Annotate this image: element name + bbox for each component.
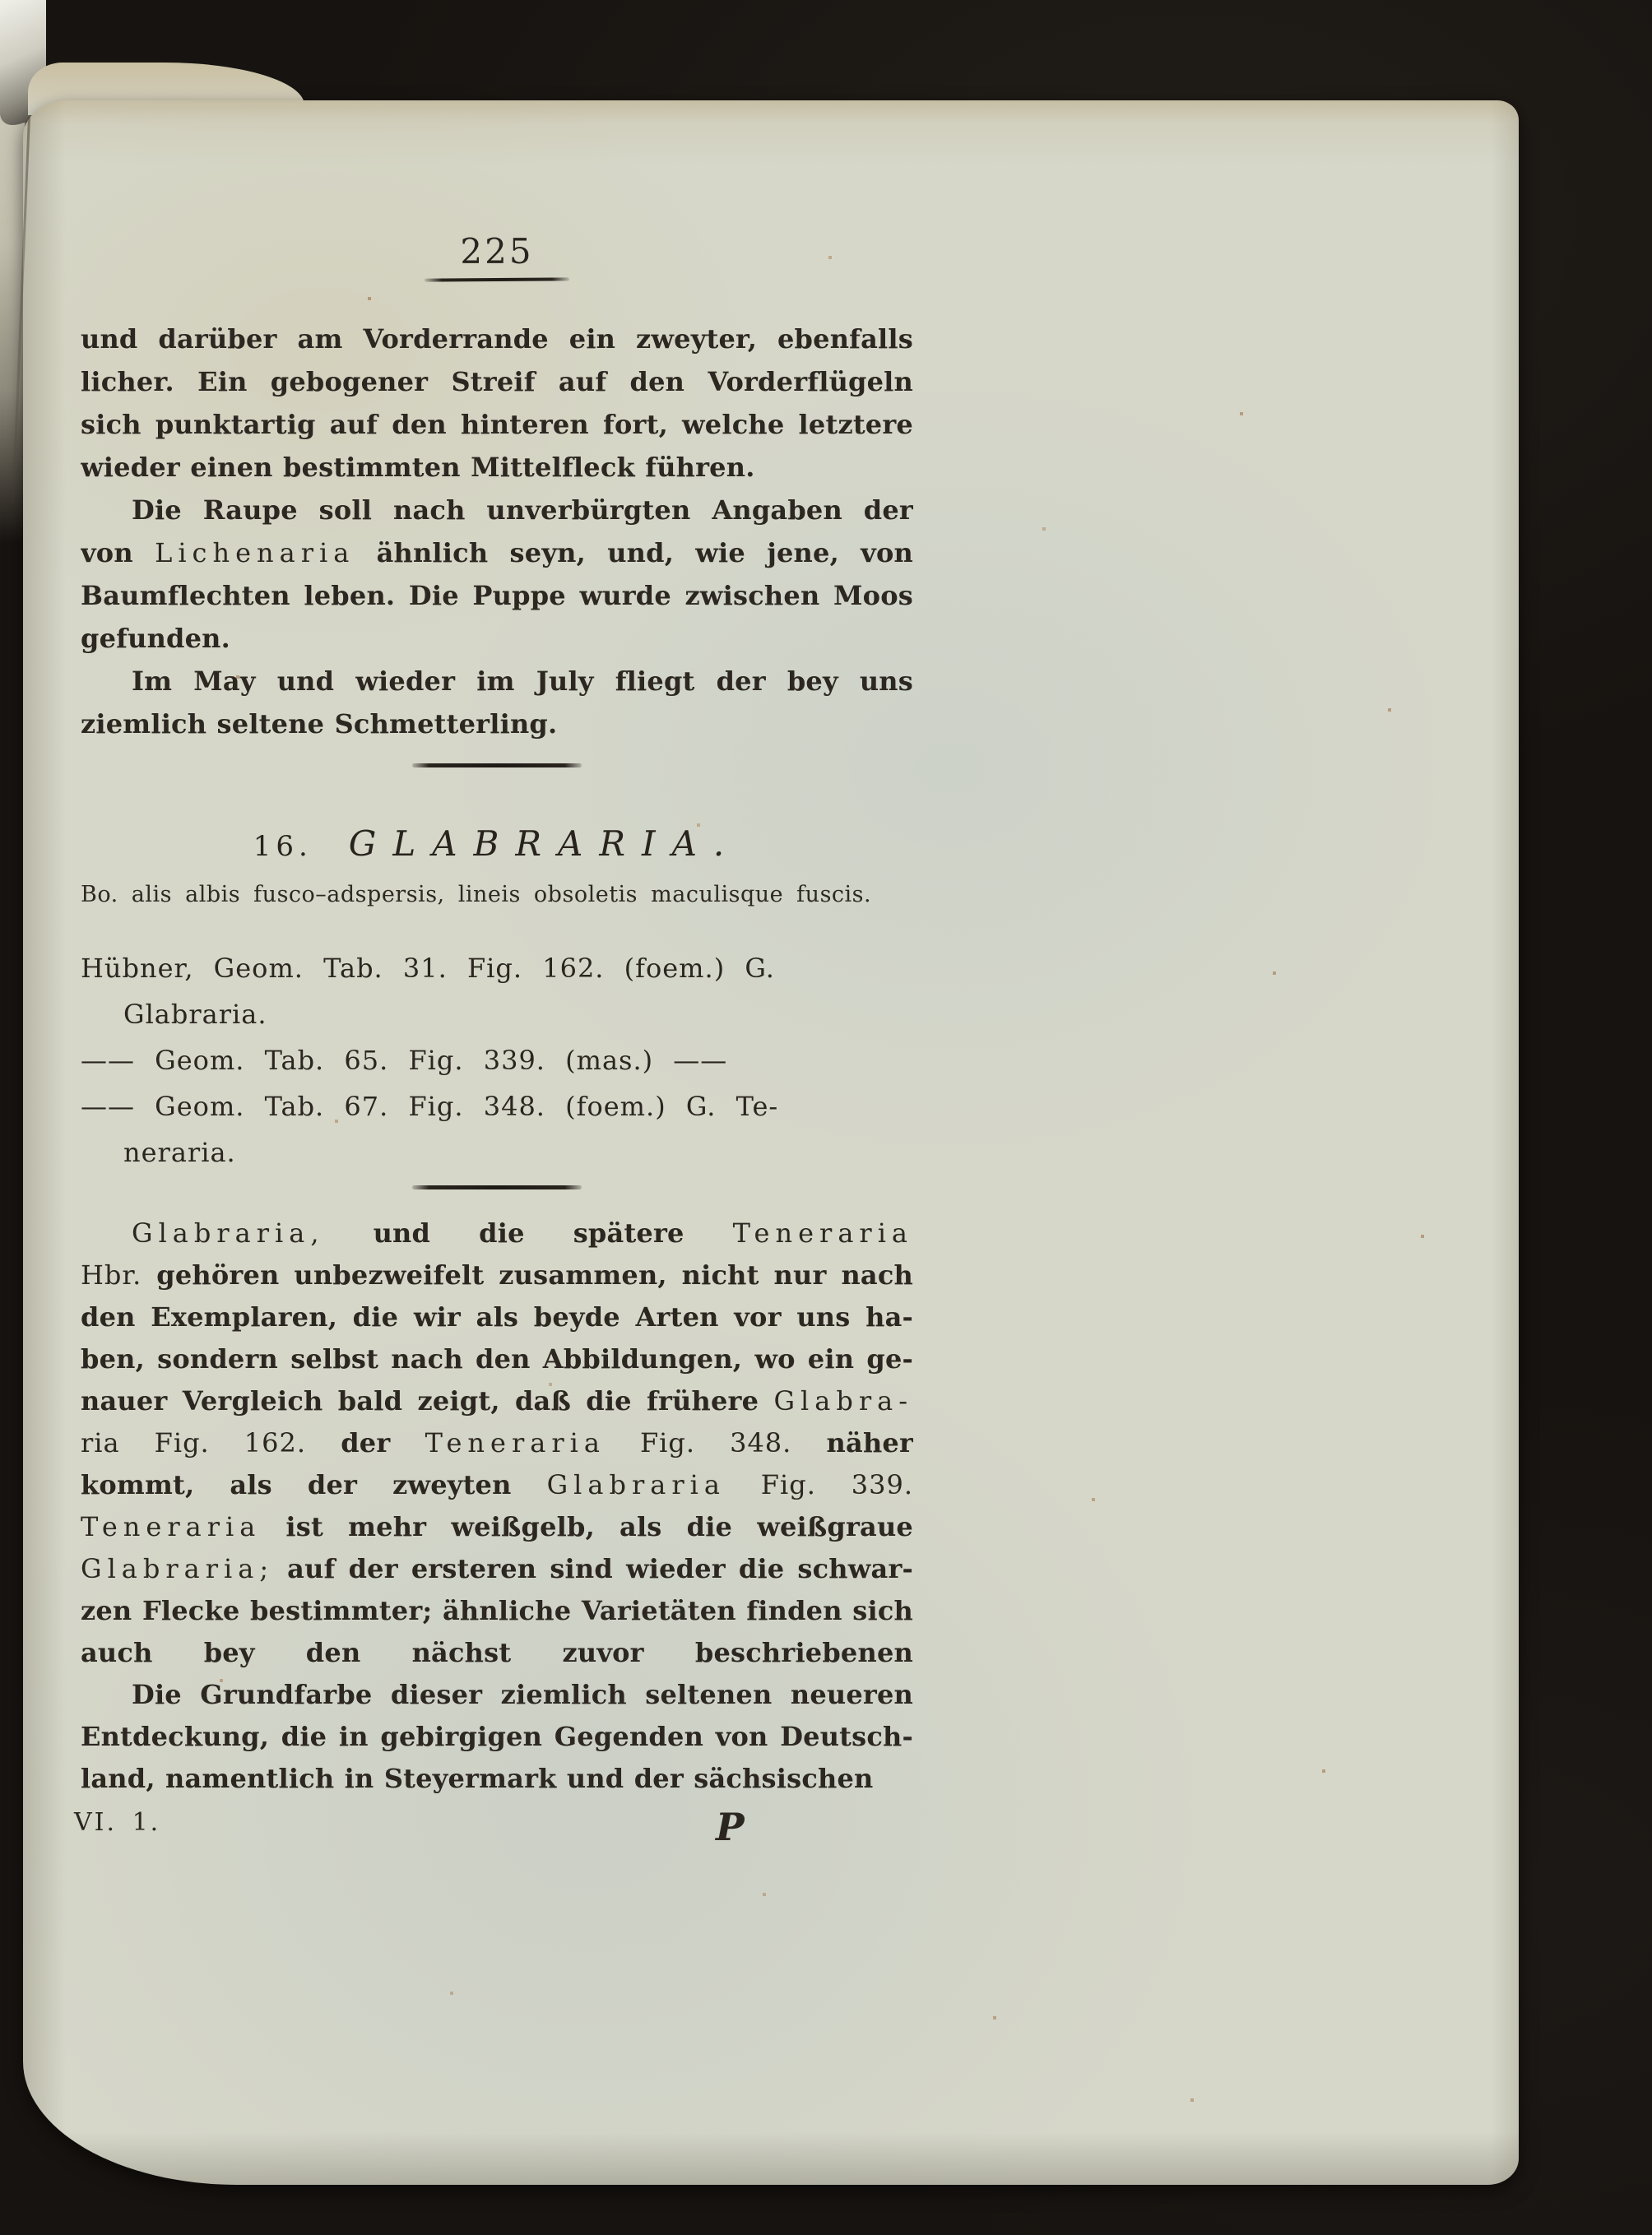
text-segment: Hbr. (81, 1259, 142, 1291)
page-number: 225 (460, 233, 533, 271)
text-segment: Glabra- (773, 1385, 913, 1417)
text-segment: Fig. 339. (726, 1469, 913, 1500)
text-line: und darüber am Vorderrande ein zweyter, … (81, 318, 913, 360)
paragraph: Glabraria, und die spätere TenerariaHbr.… (81, 1213, 913, 1674)
reference-line: Hübner, Geom. Tab. 31. Fig. 162. (foem.)… (81, 945, 913, 991)
reference-line: neraria. (81, 1129, 913, 1175)
species-title: GLABRARIA. (349, 823, 741, 864)
text-line: kommt, als der zweyten Glabraria Fig. 33… (81, 1464, 913, 1506)
signature-mark: P (716, 1805, 745, 1849)
text-line: ziemlich seltene Schmetterling. (81, 702, 913, 745)
text-segment: näher (791, 1427, 913, 1458)
reference-line: Glabraria. (81, 991, 913, 1037)
text-segment: Glabraria; (81, 1553, 274, 1584)
text-segment: Glabraria (547, 1469, 726, 1500)
text-line: ben, sondern selbst nach den Abbildungen… (81, 1338, 913, 1380)
reference-line: —— Geom. Tab. 65. Fig. 339. (mas.) —— (81, 1037, 913, 1083)
text-segment: ist mehr weißgelb, als die weißgraue (261, 1511, 913, 1542)
text-segment: Teneraria (425, 1427, 606, 1458)
text-segment: von (81, 537, 155, 568)
text-segment: und die spätere (325, 1217, 733, 1249)
page-header: 225 (81, 233, 913, 281)
text-line: zen Flecke bestimmter; ähnliche Varietät… (81, 1590, 913, 1632)
text-segment: Fig. 348. (606, 1427, 791, 1458)
text-line: Entdeckung, die in gebirgigen Gegenden v… (81, 1716, 913, 1758)
volume-mark: VI. 1. (74, 1808, 160, 1837)
text-segment: ähnlich seyn, und, wie jene, von (355, 537, 913, 568)
text-line: Glabraria, und die spätere Teneraria (81, 1213, 913, 1254)
species-number: 16. (253, 830, 313, 863)
text-line: Teneraria ist mehr weißgelb, als die wei… (81, 1506, 913, 1548)
text-line: land, namentlich in Steyermark und der s… (81, 1758, 913, 1800)
running-text-body: Glabraria, und die spätere TenerariaHbr.… (81, 1213, 913, 1800)
section-divider-bottom (412, 1185, 582, 1189)
text-column: 225 und darüber am Vorderrande ein zweyt… (81, 233, 913, 1800)
page-number-rule (425, 277, 569, 281)
paragraph: und darüber am Vorderrande ein zweyter, … (81, 318, 913, 489)
text-line: von Lichenaria ähnlich seyn, und, wie je… (81, 531, 913, 574)
section-divider-top (412, 763, 582, 767)
paper-specks (23, 100, 25, 102)
text-line: ria Fig. 162. der Teneraria Fig. 348. nä… (81, 1422, 913, 1464)
text-segment: Teneraria (81, 1511, 261, 1542)
text-line: Glabraria; auf der ersteren sind wieder … (81, 1548, 913, 1590)
text-segment: ria Fig. 162. (81, 1427, 306, 1458)
text-line: wieder einen bestimmten Mittelfleck führ… (81, 446, 913, 489)
text-segment: Glabraria, (132, 1217, 325, 1249)
text-segment: der (306, 1427, 425, 1458)
text-line: licher. Ein gebogener Streif auf den Vor… (81, 360, 913, 403)
latin-diagnosis: Bo. alis albis fusco–adspersis, lineis o… (81, 879, 913, 911)
section-heading: 16.GLABRARIA. (81, 820, 913, 868)
text-line: den Exemplaren, die wir als beyde Arten … (81, 1296, 913, 1338)
reference-line: —— Geom. Tab. 67. Fig. 348. (foem.) G. T… (81, 1083, 913, 1129)
paragraph: Die Grundfarbe dieser ziemlich seltenen … (81, 1674, 913, 1800)
running-text-top: und darüber am Vorderrande ein zweyter, … (81, 318, 913, 745)
text-line: Die Raupe soll nach unverbürgten Angaben… (81, 489, 913, 531)
text-line: Baumflechten leben. Die Puppe wurde zwis… (81, 574, 913, 617)
text-line: Hbr. gehören unbezweifelt zusammen, nich… (81, 1254, 913, 1296)
scan-background: 225 und darüber am Vorderrande ein zweyt… (0, 0, 1652, 2235)
text-line: nauer Vergleich bald zeigt, daß die früh… (81, 1380, 913, 1422)
text-segment: auf der ersteren sind wieder die schwar- (274, 1553, 913, 1584)
text-segment: Teneraria (733, 1217, 913, 1249)
paragraph: Die Raupe soll nach unverbürgten Angaben… (81, 489, 913, 660)
book-page: 225 und darüber am Vorderrande ein zweyt… (23, 100, 1519, 2185)
text-segment: kommt, als der zweyten (81, 1469, 547, 1500)
text-line: auch bey den nächst zuvor beschriebenen … (81, 1632, 913, 1674)
text-line: Die Grundfarbe dieser ziemlich seltenen … (81, 1674, 913, 1716)
reference-list: Hübner, Geom. Tab. 31. Fig. 162. (foem.)… (81, 945, 913, 1175)
text-segment: Lichenaria (155, 537, 355, 568)
text-segment: nauer Vergleich bald zeigt, daß die früh… (81, 1385, 773, 1417)
text-segment: gehören unbezweifelt zusammen, nicht nur… (142, 1259, 913, 1291)
text-line: gefunden. (81, 617, 913, 660)
text-line: sich punktartig auf den hinteren fort, w… (81, 403, 913, 446)
paragraph: Im May und wieder im July fliegt der bey… (81, 660, 913, 745)
text-line: Im May und wieder im July fliegt der bey… (81, 660, 913, 702)
page-footer: VI. 1. P (81, 1805, 913, 1862)
